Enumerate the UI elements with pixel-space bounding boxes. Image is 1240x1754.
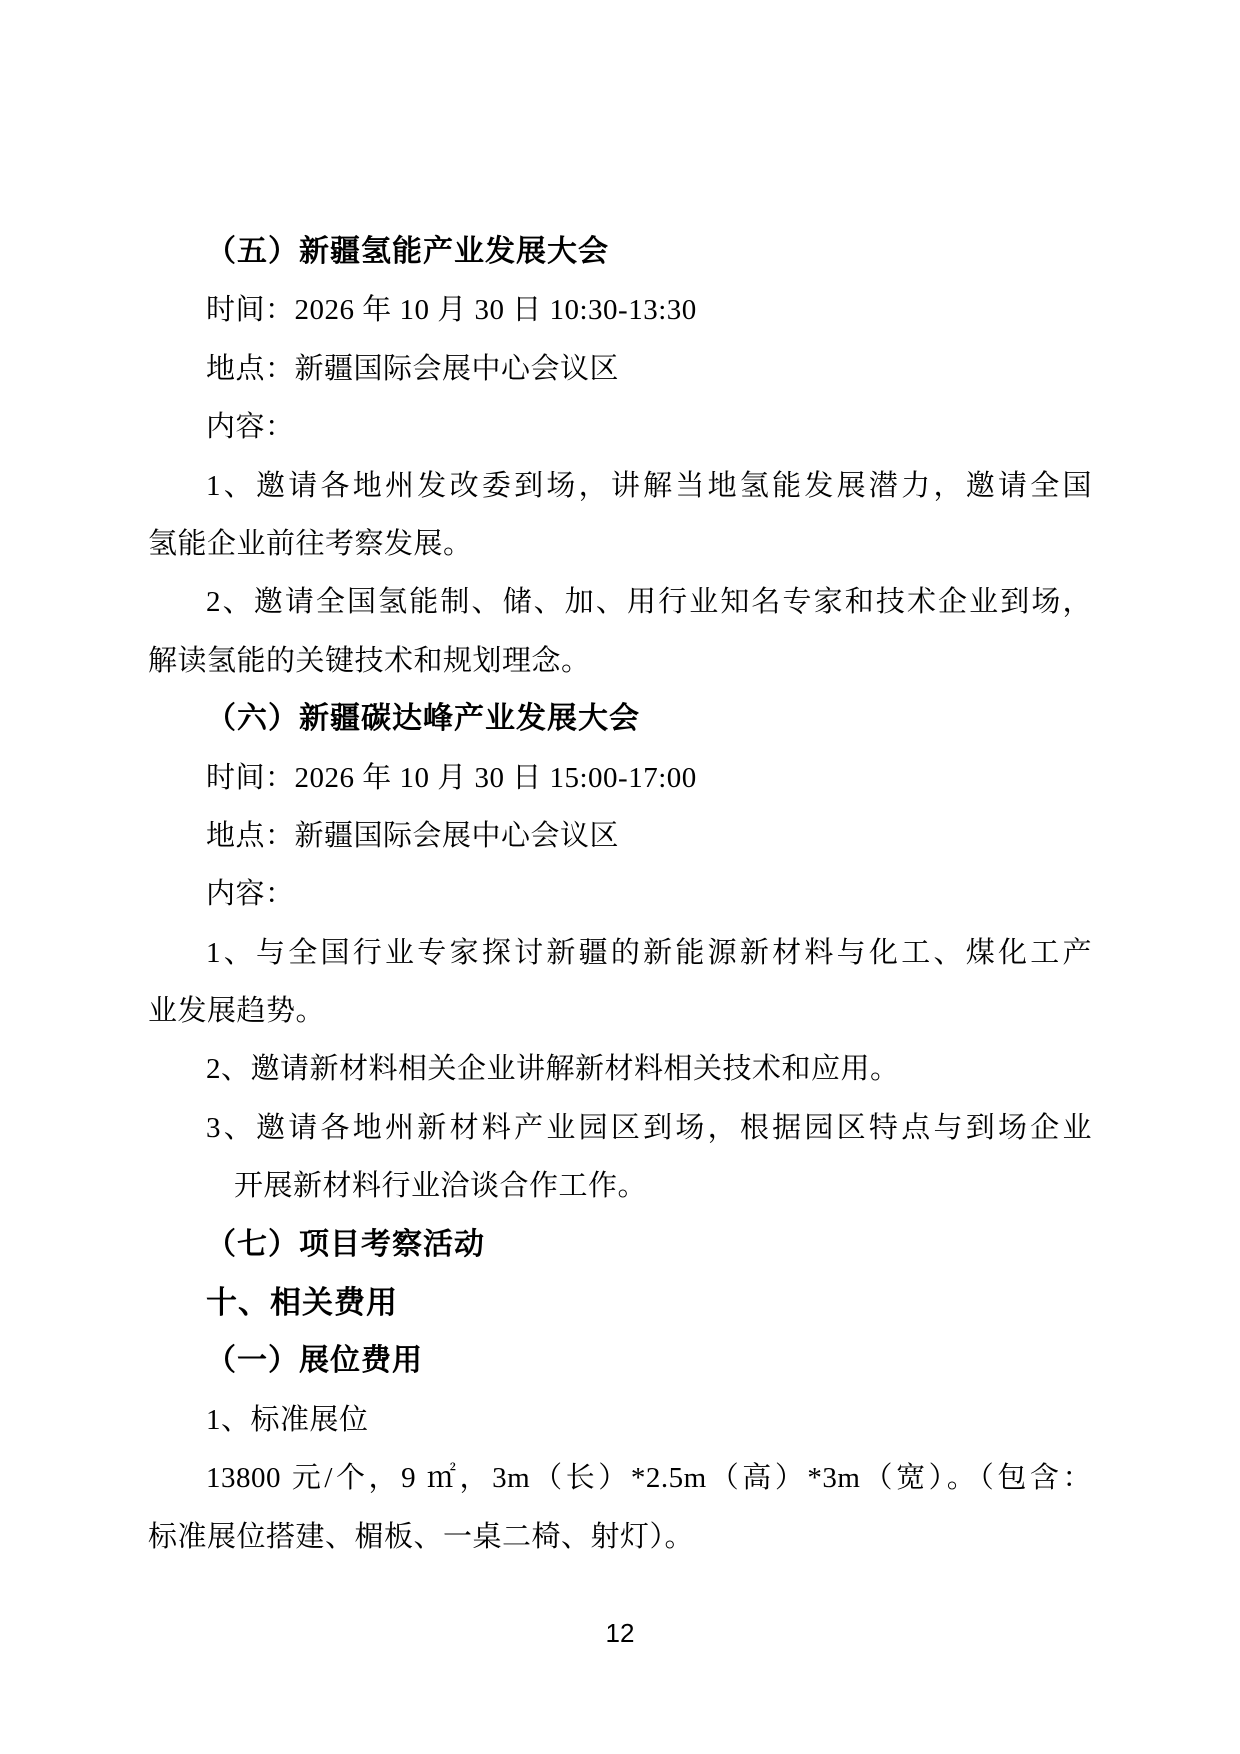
session6-item-3-line-2: 开展新材料行业洽谈合作工作。 [148,1157,1092,1215]
session6-item-1-line-1: 1、与全国行业专家探讨新疆的新能源新材料与化工、煤化工产 [148,924,1092,982]
session6-item-1-line-2: 业发展趋势。 [148,982,1092,1040]
page-number: 12 [0,1616,1240,1650]
booth-type-label: 1、标准展位 [148,1391,1092,1449]
session6-time: 时间：2026 年 10 月 30 日 15:00-17:00 [148,749,1092,807]
section-7-heading: （七）项目考察活动 [148,1216,1092,1274]
session5-item-1-line-2: 氢能企业前往考察发展。 [148,515,1092,573]
section-5-heading: （五）新疆氢能产业发展大会 [148,223,1092,281]
chapter-10-heading: 十、相关费用 [148,1274,1092,1332]
session6-item-2: 2、邀请新材料相关企业讲解新材料相关技术和应用。 [148,1040,1092,1098]
booth-price-line-1: 13800 元/个，9 ㎡，3m（长）*2.5m（高）*3m（宽）。（包含： [148,1449,1092,1507]
session5-item-2-line-1: 2、邀请全国氢能制、储、加、用行业知名专家和技术企业到场， [148,573,1092,631]
booth-price-line-2: 标准展位搭建、楣板、一桌二椅、射灯）。 [148,1508,1092,1566]
session6-item-3-line-1: 3、邀请各地州新材料产业园区到场，根据园区特点与到场企业 [148,1099,1092,1157]
session5-item-2-line-2: 解读氢能的关键技术和规划理念。 [148,632,1092,690]
session5-venue: 地点：新疆国际会展中心会议区 [148,340,1092,398]
session6-content-label: 内容： [148,865,1092,923]
section-6-heading: （六）新疆碳达峰产业发展大会 [148,690,1092,748]
session6-venue: 地点：新疆国际会展中心会议区 [148,807,1092,865]
session5-item-1-line-1: 1、邀请各地州发改委到场，讲解当地氢能发展潜力，邀请全国 [148,457,1092,515]
session5-content-label: 内容： [148,398,1092,456]
content-area: （五）新疆氢能产业发展大会 时间：2026 年 10 月 30 日 10:30-… [148,223,1092,1566]
document-page: （五）新疆氢能产业发展大会 时间：2026 年 10 月 30 日 10:30-… [0,0,1240,1754]
session5-time: 时间：2026 年 10 月 30 日 10:30-13:30 [148,281,1092,339]
subsection-1-heading: （一）展位费用 [148,1332,1092,1390]
